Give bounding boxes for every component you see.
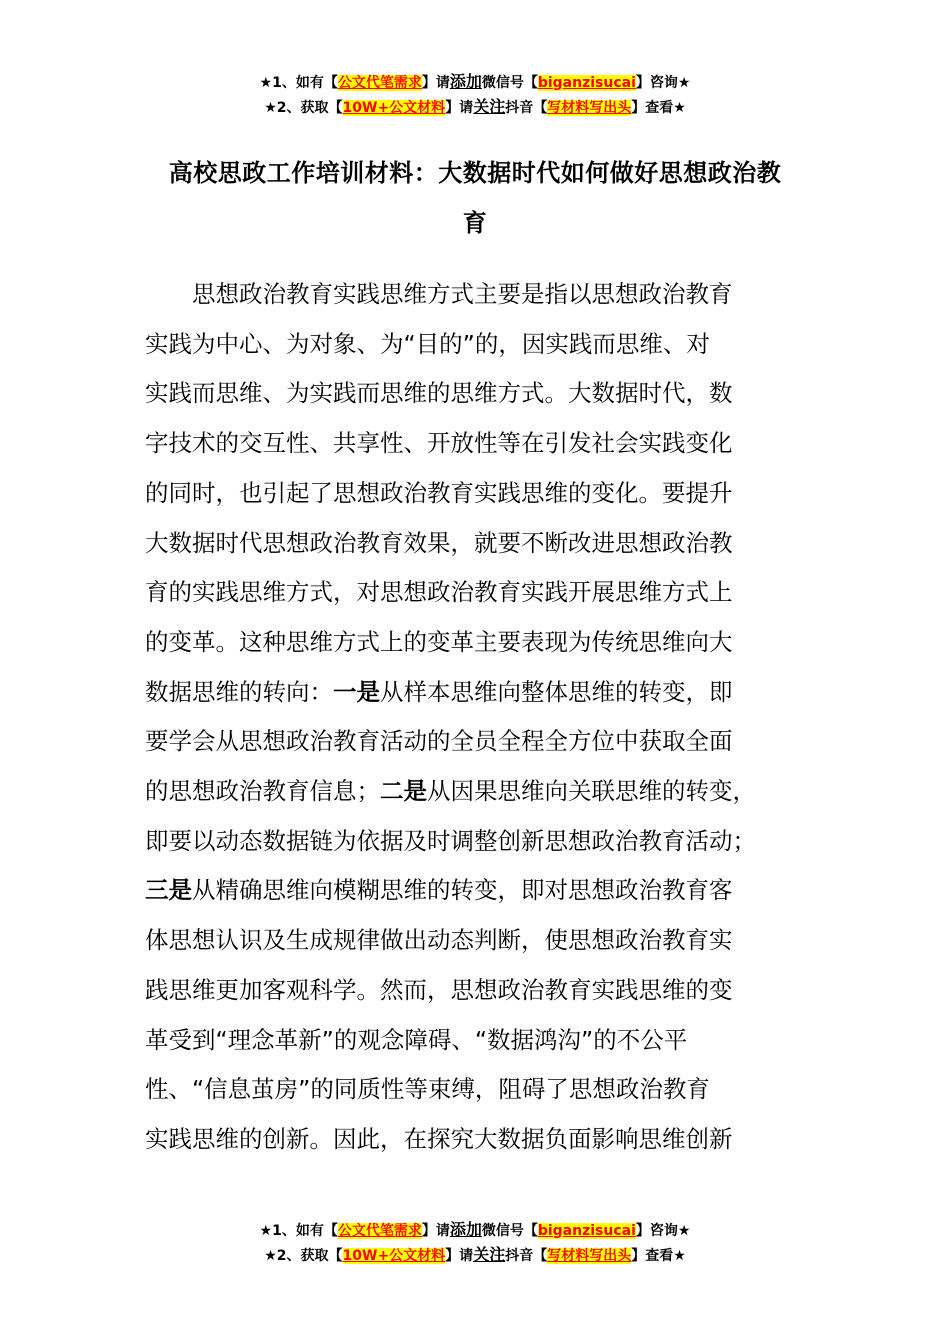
footer-line-2: ★2、获取【10W+公文材料】请关注抖音【写材料写出头】查看★ (0, 1243, 950, 1268)
banner-text: 抖音【 (505, 100, 547, 116)
banner-text: ★1、如有【 (260, 1223, 338, 1239)
bold-marker-second: 二是 (380, 777, 427, 805)
bold-marker-first: 一是 (333, 678, 380, 706)
emphasis-follow: 关注 (473, 97, 505, 116)
bold-marker-third: 三是 (145, 876, 192, 904)
banner-text: 】咨询★ (636, 1223, 691, 1239)
body-line: 字技术的交互性、共享性、开放性等在引发社会实践变化 (145, 419, 805, 469)
body-text: 数据思维的转向： (145, 678, 333, 706)
body-text: 从精确思维向模糊思维的转变，即对思想政治教育客 (192, 876, 733, 904)
body-line: 的思想政治教育信息；二是从因果思维向关联思维的转变， (145, 767, 805, 817)
body-line: 大数据时代思想政治教育效果，就要不断改进思想政治教 (145, 519, 805, 569)
body-text: 从样本思维向整体思维的转变，即 (380, 678, 733, 706)
banner-text: 】请 (445, 1248, 473, 1264)
body-line: 实践思维的创新。因此，在探究大数据负面影响思维创新 (145, 1115, 805, 1165)
banner-text: 】请 (422, 1223, 450, 1239)
body-line: 要学会从思想政治教育活动的全员全程全方位中获取全面 (145, 717, 805, 767)
highlight-douyin-id: 写材料写出头 (547, 1248, 631, 1264)
title-line-2: 育 (140, 198, 810, 248)
body-line: 实践为中心、为对象、为“目的”的，因实践而思维、对 (145, 320, 805, 370)
highlight-ghostwriting: 公文代笔需求 (338, 1223, 422, 1239)
banner-text: 微信号【 (482, 75, 538, 91)
body-line: 实践而思维、为实践而思维的思维方式。大数据时代，数 (145, 369, 805, 419)
body-line: 践思维更加客观科学。然而，思想政治教育实践思维的变 (145, 966, 805, 1016)
highlight-materials: 10W+公文材料 (343, 1248, 446, 1264)
banner-text: ★2、获取【 (264, 1248, 342, 1264)
banner-line-2: ★2、获取【10W+公文材料】请关注抖音【写材料写出头】查看★ (0, 95, 950, 120)
body-line: 育的实践思维方式，对思想政治教育实践开展思维方式上 (145, 568, 805, 618)
body-paragraph: 思想政治教育实践思维方式主要是指以思想政治教育 实践为中心、为对象、为“目的”的… (145, 270, 805, 1165)
banner-text: 】查看★ (631, 100, 686, 116)
banner-text: 】请 (422, 75, 450, 91)
body-line: 思想政治教育实践思维方式主要是指以思想政治教育 (145, 270, 805, 320)
footer-banner: ★1、如有【公文代笔需求】请添加微信号【biganzisucai】咨询★ ★2、… (0, 1218, 950, 1268)
document-title: 高校思政工作培训材料：大数据时代如何做好思想政治教 育 (140, 148, 810, 248)
highlight-wechat-id: biganzisucai (538, 75, 636, 91)
banner-text: 】咨询★ (636, 75, 691, 91)
banner-text: 】请 (445, 100, 473, 116)
banner-text: 抖音【 (505, 1248, 547, 1264)
header-banner: ★1、如有【公文代笔需求】请添加微信号【biganzisucai】咨询★ ★2、… (0, 70, 950, 120)
body-text: 的思想政治教育信息； (145, 777, 380, 805)
highlight-wechat-id: biganzisucai (538, 1223, 636, 1239)
highlight-materials: 10W+公文材料 (343, 100, 446, 116)
emphasis-follow: 关注 (473, 1245, 505, 1264)
body-line: 数据思维的转向：一是从样本思维向整体思维的转变，即 (145, 668, 805, 718)
body-line: 革受到“理念革新”的观念障碍、“数据鸿沟”的不公平 (145, 1016, 805, 1066)
body-line: 性、“信息茧房”的同质性等束缚，阻碍了思想政治教育 (145, 1065, 805, 1115)
highlight-ghostwriting: 公文代笔需求 (338, 75, 422, 91)
highlight-douyin-id: 写材料写出头 (547, 100, 631, 116)
footer-line-1: ★1、如有【公文代笔需求】请添加微信号【biganzisucai】咨询★ (0, 1218, 950, 1243)
body-line: 的同时，也引起了思想政治教育实践思维的变化。要提升 (145, 469, 805, 519)
body-line: 的变革。这种思维方式上的变革主要表现为传统思维向大 (145, 618, 805, 668)
banner-text: ★1、如有【 (260, 75, 338, 91)
title-line-1: 高校思政工作培训材料：大数据时代如何做好思想政治教 (140, 148, 810, 198)
banner-text: 】查看★ (631, 1248, 686, 1264)
body-text: 从因果思维向关联思维的转变， (427, 777, 756, 805)
body-line: 体思想认识及生成规律做出动态判断，使思想政治教育实 (145, 916, 805, 966)
body-line: 三是从精确思维向模糊思维的转变，即对思想政治教育客 (145, 866, 805, 916)
emphasis-add: 添加 (450, 72, 482, 91)
body-line: 即要以动态数据链为依据及时调整创新思想政治教育活动； (145, 817, 805, 867)
emphasis-add: 添加 (450, 1220, 482, 1239)
banner-text: 微信号【 (482, 1223, 538, 1239)
banner-line-1: ★1、如有【公文代笔需求】请添加微信号【biganzisucai】咨询★ (0, 70, 950, 95)
banner-text: ★2、获取【 (264, 100, 342, 116)
